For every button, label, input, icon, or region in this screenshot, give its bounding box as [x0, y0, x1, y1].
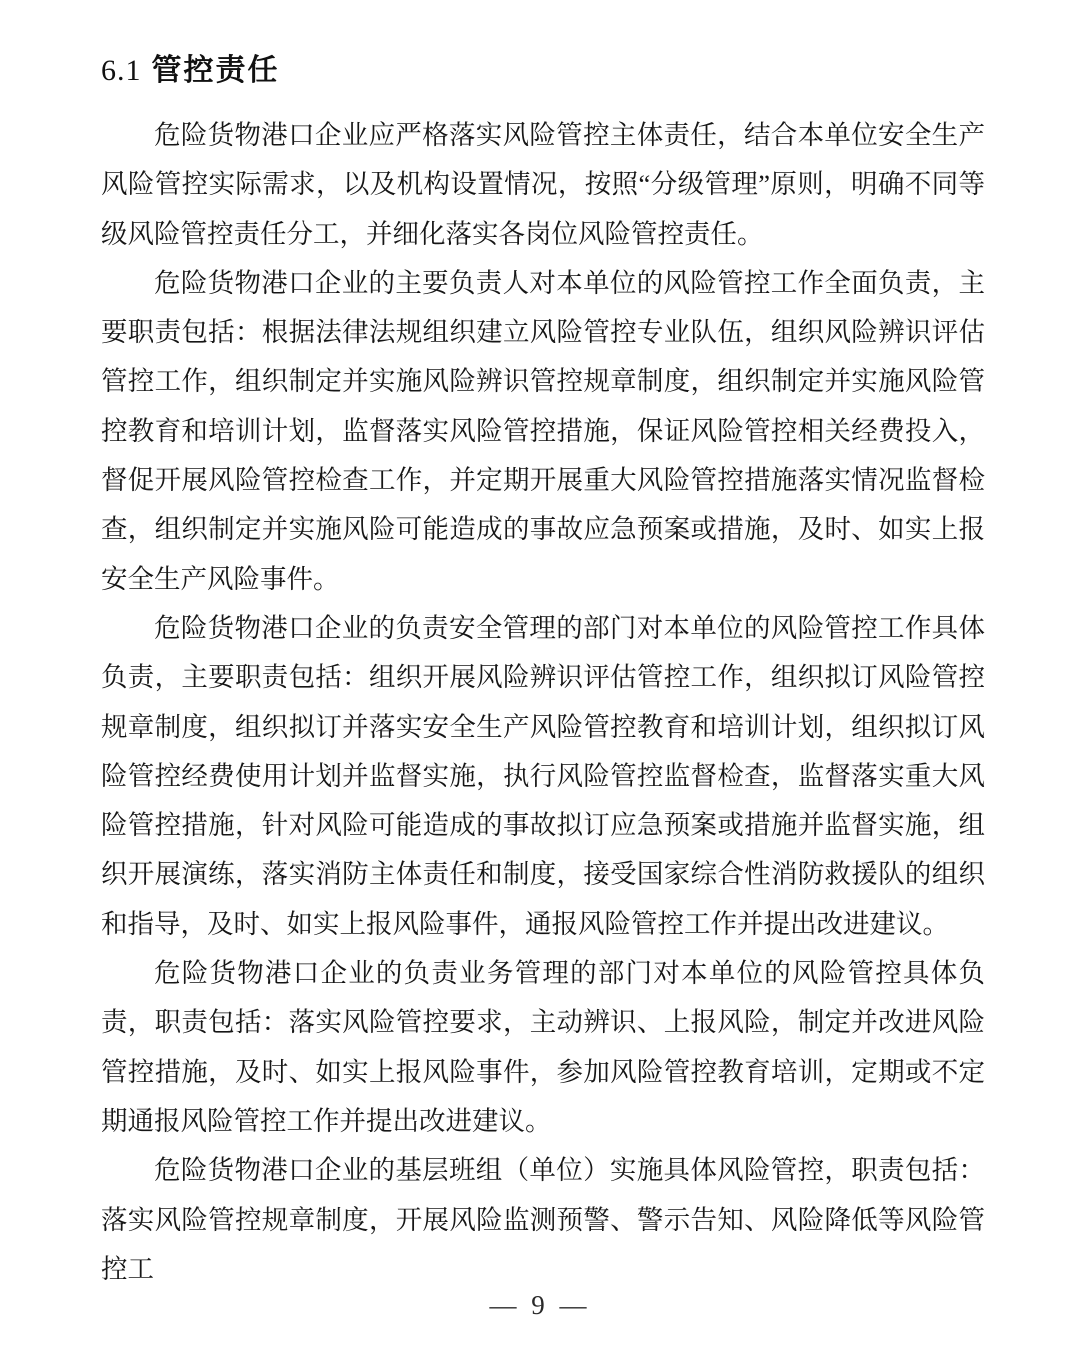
paragraph: 危险货物港口企业的基层班组（单位）实施具体风险管控，职责包括：落实风险管控规章制…	[101, 1146, 985, 1294]
document-page: 6.1管控责任 危险货物港口企业应严格落实风险管控主体责任，结合本单位安全生产风…	[0, 0, 1080, 1346]
section-title: 管控责任	[152, 53, 280, 88]
paragraph: 危险货物港口企业的负责安全管理的部门对本单位的风险管控工作具体负责，主要职责包括…	[101, 604, 985, 949]
paragraph: 危险货物港口企业应严格落实风险管控主体责任，结合本单位安全生产风险管控实际需求，…	[101, 111, 985, 259]
section-heading: 6.1管控责任	[101, 52, 985, 89]
paragraph: 危险货物港口企业的负责业务管理的部门对本单位的风险管控具体负责，职责包括：落实风…	[101, 949, 985, 1146]
document-content: 6.1管控责任 危险货物港口企业应严格落实风险管控主体责任，结合本单位安全生产风…	[101, 0, 985, 1294]
paragraph: 危险货物港口企业的主要负责人对本单位的风险管控工作全面负责，主要职责包括：根据法…	[101, 259, 985, 604]
page-number: — 9 —	[0, 1290, 1080, 1321]
paragraph-container: 危险货物港口企业应严格落实风险管控主体责任，结合本单位安全生产风险管控实际需求，…	[101, 111, 985, 1294]
section-number: 6.1	[101, 54, 142, 87]
